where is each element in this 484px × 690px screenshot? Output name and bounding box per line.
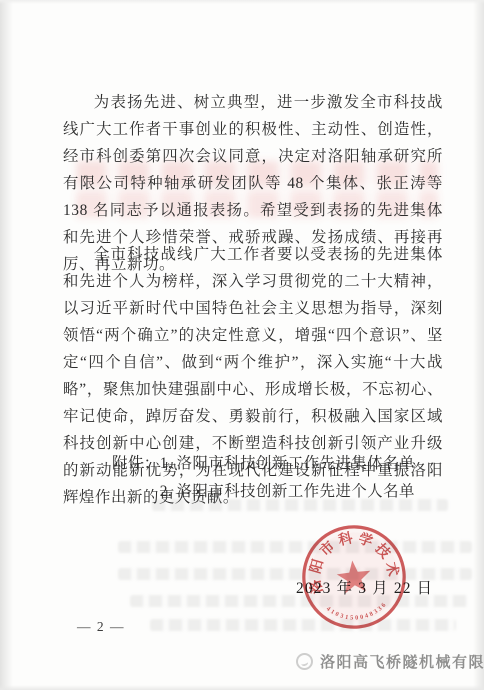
company-watermark-text: 洛阳高飞桥隧机械有限公司 [320, 651, 484, 672]
official-seal: 洛阳市科学技术局 4103150048336 [295, 518, 414, 637]
ink-bleed-through [118, 541, 472, 553]
attachments-items: 1. 洛阳市科技创新工作先进集体名单 2. 洛阳市科技创新工作先进个人名单 [160, 450, 415, 505]
attachment-item-2: 2. 洛阳市科技创新工作先进个人名单 [160, 478, 415, 506]
page-number: — 2 — [77, 619, 125, 635]
scanned-document-page: 为表扬先进、树立典型，进一步激发全市科技战线广大工作者干事创业的积极性、主动性、… [0, 0, 484, 690]
attachments-block: 附件： 1. 洛阳市科技创新工作先进集体名单 2. 洛阳市科技创新工作先进个人名… [112, 450, 415, 505]
scan-edge-top [0, 0, 484, 4]
official-seal-icon: 洛阳市科学技术局 4103150048336 [295, 518, 414, 637]
scan-edge-bottom [0, 685, 484, 690]
company-logo-icon [296, 653, 313, 670]
attachments-label: 附件： [112, 450, 160, 478]
scan-edge-left [0, 0, 13, 690]
company-watermark: 洛阳高飞桥隧机械有限公司 [296, 651, 484, 672]
scan-edge-right [473, 0, 484, 690]
attachment-item-1: 1. 洛阳市科技创新工作先进集体名单 [160, 450, 415, 478]
